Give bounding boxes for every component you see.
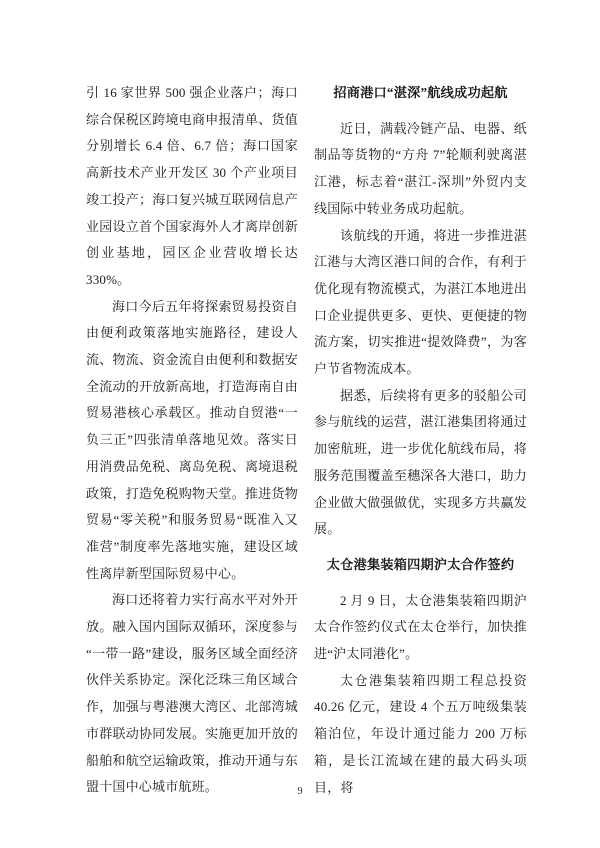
document-page: 引 16 家世界 500 强企业落户；海口综合保税区跨境电商申报清单、货值分别增… xyxy=(0,0,600,848)
paragraph: 海口今后五年将探索贸易投资自由便利政策落地实施路径，建设人流、物流、资金流自由便… xyxy=(86,294,298,588)
paragraph: 据悉，后续将有更多的驳船公司参与航线的运营，湛江港集团将通过加密航班，进一步优化… xyxy=(314,383,527,543)
right-column: 招商港口“湛深”航线成功起航近日，满载冷链产品、电器、纸制品等货物的“方舟 7”… xyxy=(314,80,527,801)
paragraph: 该航线的开通，将进一步推进湛江港与大湾区港口间的合作，有利于优化现有物流模式，为… xyxy=(314,223,527,383)
section-heading: 太仓港集装箱四期沪太合作签约 xyxy=(314,552,527,579)
paragraph: 太仓港集装箱四期工程总投资 40.26 亿元，建设 4 个五万吨级集装箱泊位，年… xyxy=(314,668,527,802)
paragraph: 引 16 家世界 500 强企业落户；海口综合保税区跨境电商申报清单、货值分别增… xyxy=(86,80,298,294)
paragraph: 海口还将着力实行高水平对外开放。融入国内国际双循环，深度参与“一带一路”建设，服… xyxy=(86,587,298,801)
paragraph: 近日，满载冷链产品、电器、纸制品等货物的“方舟 7”轮顺利驶离湛江港，标志着“湛… xyxy=(314,116,527,223)
paragraph: 2 月 9 日，太仓港集装箱四期沪太合作签约仪式在太仓举行，加快推进“沪太同港化… xyxy=(314,588,527,668)
page-number: 9 xyxy=(0,786,600,797)
section-heading: 招商港口“湛深”航线成功起航 xyxy=(314,80,527,107)
left-column: 引 16 家世界 500 强企业落户；海口综合保税区跨境电商申报清单、货值分别增… xyxy=(86,80,298,801)
